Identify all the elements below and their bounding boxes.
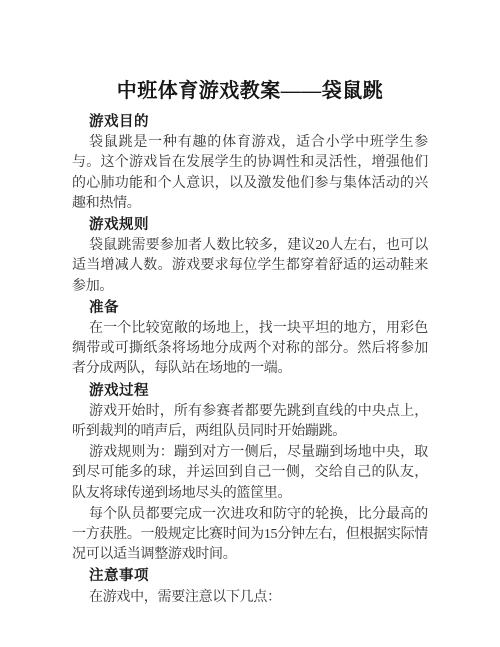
section-heading-game-process: 游戏过程 <box>72 381 428 401</box>
paragraph-game-process-start: 游戏开始时，所有参赛者都要先跳到直线的中央点上，听到裁判的哨声后，两组队员同时开… <box>72 402 428 442</box>
paragraph-game-purpose: 袋鼠跳是一种有趣的体育游戏，适合小学中班学生参与。这个游戏旨在发展学生的协调性和… <box>72 133 428 214</box>
paragraph-preparation: 在一个比较宽敞的场地上，找一块平坦的地方，用彩色绸带或可撕纸条将场地分成两个对称… <box>72 319 428 380</box>
document-title: 中班体育游戏教案——袋鼠跳 <box>72 77 428 105</box>
section-heading-game-rules: 游戏规则 <box>72 215 428 235</box>
section-heading-game-purpose: 游戏目的 <box>72 112 428 132</box>
document-page: 中班体育游戏教案——袋鼠跳 游戏目的 袋鼠跳是一种有趣的体育游戏，适合小学中班学… <box>0 0 500 647</box>
paragraph-game-process-rules: 游戏规则为：蹦到对方一侧后，尽量蹦到场地中央，取到尽可能多的球，并运回到自己一侧… <box>72 443 428 504</box>
paragraph-game-process-scoring: 每个队员都要完成一次进攻和防守的轮换，比分最高的一方获胜。一般规定比赛时间为15… <box>72 505 428 566</box>
section-heading-precautions: 注意事项 <box>72 566 428 586</box>
paragraph-game-rules: 袋鼠跳需要参加者人数比较多，建议20人左右，也可以适当增减人数。游戏要求每位学生… <box>72 236 428 297</box>
paragraph-precautions-intro: 在游戏中，需要注意以下几点： <box>72 588 428 608</box>
section-heading-preparation: 准备 <box>72 298 428 318</box>
